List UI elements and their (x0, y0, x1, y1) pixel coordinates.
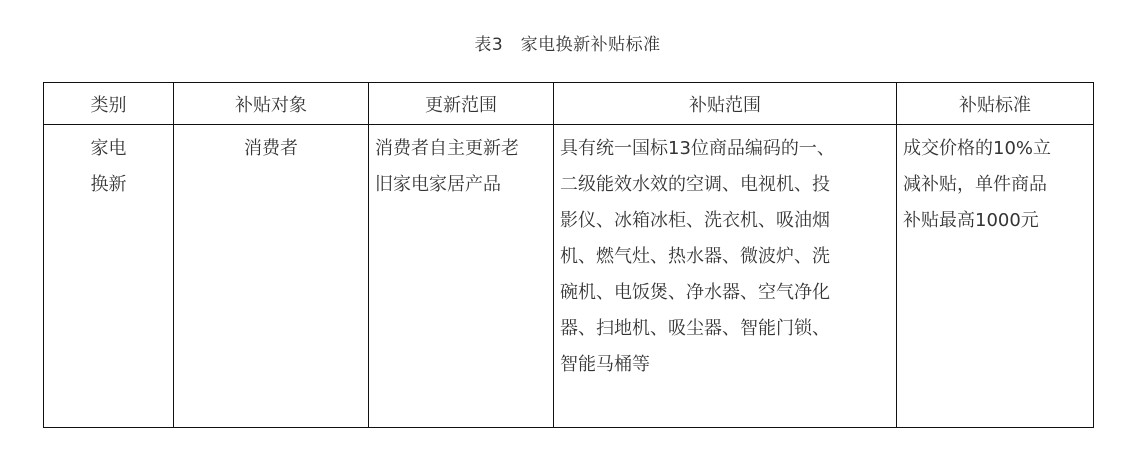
header-subsidy-target: 补贴对象 (174, 83, 369, 125)
header-subsidy-scope: 补贴范围 (554, 83, 897, 125)
table-header-row: 类别 补贴对象 更新范围 补贴范围 补贴标准 (44, 83, 1094, 125)
header-update-scope: 更新范围 (369, 83, 554, 125)
subsidy-standard-table: 类别 补贴对象 更新范围 补贴范围 补贴标准 家电 换新 消费者 消费者自主更新… (43, 82, 1094, 428)
subsidy-scope-line: 影仪、冰箱冰柜、洗衣机、吸油烟 (560, 203, 890, 239)
subsidy-scope-line: 具有统一国标13位商品编码的一、 (560, 131, 890, 167)
subsidy-standard-line: 补贴最高1000元 (903, 203, 1087, 239)
cell-subsidy-scope: 具有统一国标13位商品编码的一、 二级能效水效的空调、电视机、投 影仪、冰箱冰柜… (554, 125, 897, 428)
category-line: 家电 (50, 131, 167, 167)
update-scope-line: 消费者自主更新老 (375, 131, 547, 167)
cell-category: 家电 换新 (44, 125, 174, 428)
subsidy-scope-line: 机、燃气灶、热水器、微波炉、洗 (560, 239, 890, 275)
subsidy-scope-line: 二级能效水效的空调、电视机、投 (560, 167, 890, 203)
header-category: 类别 (44, 83, 174, 125)
subsidy-scope-line: 器、扫地机、吸尘器、智能门锁、 (560, 311, 890, 347)
update-scope-line: 旧家电家居产品 (375, 167, 547, 203)
header-subsidy-standard: 补贴标准 (897, 83, 1094, 125)
subsidy-scope-line: 碗机、电饭煲、净水器、空气净化 (560, 275, 890, 311)
subsidy-target-text: 消费者 (180, 131, 362, 167)
category-line: 换新 (50, 167, 167, 203)
cell-subsidy-standard: 成交价格的10%立 减补贴，单件商品 补贴最高1000元 (897, 125, 1094, 428)
cell-update-scope: 消费者自主更新老 旧家电家居产品 (369, 125, 554, 428)
subsidy-standard-line: 减补贴，单件商品 (903, 167, 1087, 203)
subsidy-scope-line: 智能马桶等 (560, 347, 890, 383)
table-caption: 表3 家电换新补贴标准 (0, 30, 1135, 55)
subsidy-standard-line: 成交价格的10%立 (903, 131, 1087, 167)
cell-subsidy-target: 消费者 (174, 125, 369, 428)
table-row: 家电 换新 消费者 消费者自主更新老 旧家电家居产品 具有统一国标13位商品编码… (44, 125, 1094, 428)
